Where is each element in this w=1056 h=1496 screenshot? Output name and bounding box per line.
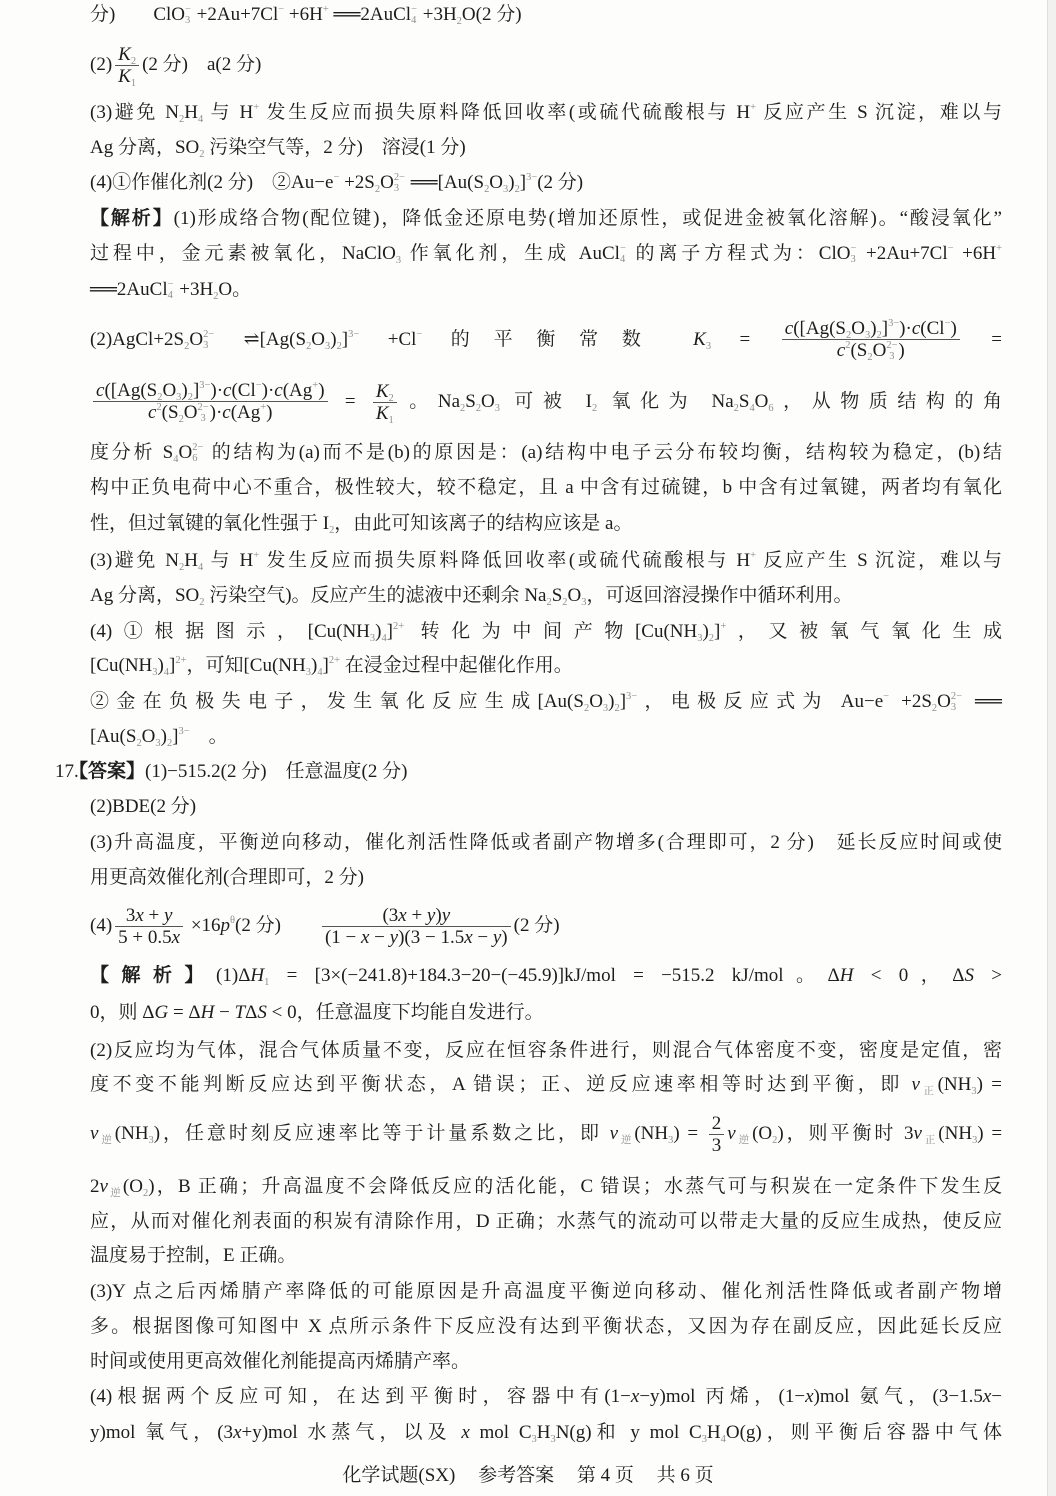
q17-analysis-line-5: v逆(NH3)，任意时刻反应速率比等于计量系数之比，即 v逆(NH3) = 23… [90, 1110, 1002, 1158]
q17-analysis-line-7: 应，从而对催化剂表面的积炭有清除作用，D 正确；水蒸气的流动可以带走大量的反应生… [90, 1210, 1002, 1234]
text-run: 。Na [400, 391, 460, 412]
text-run: + [144, 905, 164, 926]
text-run: ══2AuCl [90, 279, 168, 300]
text-run: ) [266, 402, 272, 423]
superscript: 2+ [175, 655, 186, 666]
q16-analysis-line-5: c([Ag(S2O3)2]3−)·c(Cl−)·c(Ag+)c2(S2O2−3)… [90, 378, 1002, 426]
text-run: 在浸金过程中起催化作用。 [340, 655, 573, 676]
text-run: (3)升高温度，平衡逆向移动，催化剂活性降低或者副产物增多(合理即可，2 分) … [90, 832, 1002, 853]
text-run: )(3 − 1.5 [398, 927, 464, 948]
text-run: 过程中，金元素被氧化，NaClO [90, 243, 396, 264]
text-run: S [739, 391, 750, 412]
text-run: ) [501, 927, 507, 948]
subscript: 逆 [98, 1135, 114, 1146]
text-run: − [369, 927, 389, 948]
subscript: 3 [203, 341, 214, 352]
charge-subscript-stack: 2−3 [198, 403, 209, 425]
text-run: 的离子方程式为：ClO [627, 243, 851, 264]
math-variable: c [222, 402, 230, 423]
text-run: + [407, 905, 427, 926]
section-label: 【解析】 [90, 965, 216, 986]
charge-subscript-stack: 2−6 [192, 443, 203, 465]
q16-analysis-line-4: (2)AgCl+2S2O2−3 ⇌[Ag(S2O3)2]3− +Cl− 的平衡常… [90, 316, 1002, 364]
text-run: O。 [218, 279, 251, 300]
text-run: > [974, 965, 1002, 986]
text-run: 性，但过氧键的氧化性强于 I [90, 513, 329, 534]
fraction: (3x + y)y(1 − x − y)(3 − 1.5x − y) [322, 905, 511, 948]
text-run: 温度易于控制，E 正确。 [90, 1245, 296, 1266]
text-run: − [473, 927, 493, 948]
subscript: 3 [850, 255, 856, 266]
text-run: ，可返回溶浸操作中循环利用。 [586, 585, 852, 606]
subscript: 4 [620, 255, 626, 266]
superscript: 3− [199, 381, 210, 392]
superscript: 3− [888, 319, 899, 330]
math-variable: H [201, 1002, 215, 1023]
text-run: O [311, 329, 325, 350]
q17-analysis-line-3: (2)反应均为气体，混合气体质量不变，反应在恒容条件进行，则混合气体密度不变，密… [90, 1039, 1002, 1063]
q16-analysis-line-6: 度分析 S4O2−6 的结构为(a)而不是(b)的原因是：(a)结构中电子云分布… [90, 441, 1002, 465]
text-run: O [755, 391, 769, 412]
text-run: O(2 分) [462, 4, 522, 25]
fraction: 3x + y5 + 0.5x [115, 905, 183, 948]
text-run: = [331, 391, 370, 412]
charge-subscript-stack: −4 [620, 244, 626, 266]
subscript: 3 [198, 414, 209, 425]
q16-answer-line-3: (3)避免 N2H4 与 H+ 发生反应而损失原料降低回收率(或硫代硫酸根与 H… [90, 101, 1002, 125]
charge-subscript-stack: 2−3 [951, 692, 962, 714]
text-run: (4) [90, 915, 112, 936]
math-variable: x [135, 905, 143, 926]
fraction: K2K1 [373, 381, 397, 424]
subscript: 正 [920, 1086, 938, 1097]
q17-answer-line-2: (2)BDE(2 分) [90, 795, 1002, 819]
text-run: S [552, 585, 563, 606]
fraction-numerator: (3x + y)y [322, 905, 511, 927]
q17-analysis-line-8: 温度易于控制，E 正确。 [90, 1244, 1002, 1268]
text-run: ([Ag(S [793, 318, 846, 339]
fraction: K2K1 [115, 44, 139, 87]
text-run: )，则平衡时 3 [777, 1123, 913, 1144]
text-run: (O [123, 1176, 143, 1197]
text-run: 用更高效催化剂(合理即可，2 分) [90, 867, 364, 888]
text-run: O [380, 172, 394, 193]
charge-subscript-stack: −3 [850, 244, 856, 266]
text-run: (1 − [325, 927, 361, 948]
text-run: (Cl [920, 318, 944, 339]
q16-answer-line-2: (2)K2K1(2 分) a(2 分) [90, 41, 1002, 89]
text-run: 应，从而对催化剂表面的积炭有清除作用，D 正确；水蒸气的流动可以带走大量的反应生… [90, 1211, 1002, 1232]
fraction-numerator: K2 [373, 381, 397, 403]
text-run: 作氧化剂，生成 AuCl [401, 243, 620, 264]
text-run: 氧化为 Na [597, 391, 733, 412]
math-variable: S [257, 1002, 267, 1023]
text-run: < 0，任意温度下均能自发进行。 [267, 1002, 544, 1023]
text-run: (1)Δ [216, 965, 250, 986]
text-run: +6H [284, 4, 323, 25]
text-run: ，由此可知该离子的结构应该是 a。 [334, 513, 632, 534]
text-run: O [851, 318, 865, 339]
text-run: Ag 分离，SO [90, 137, 199, 158]
math-variable: x [172, 927, 180, 948]
text-run: 分) ClO [90, 4, 185, 25]
text-run: 2 [712, 1113, 722, 1134]
text-run: O [142, 726, 156, 747]
page-edge-shadow [1047, 0, 1056, 1496]
math-variable: G [154, 1002, 168, 1023]
text-run: 发生反应而损失原料降低回收率(或硫代硫酸根与 H [259, 550, 750, 571]
subscript: 3 [951, 703, 962, 714]
text-run: 的平衡常数 [422, 329, 693, 350]
text-run: ) = [977, 1123, 1002, 1144]
text-run: (3)避免 N [90, 102, 179, 123]
text-run: O [873, 340, 887, 361]
q17-analysis-line-6: 2v逆(O2)，B 正确；升高温度不会降低反应的活化能，C 错误；水蒸气可与积炭… [90, 1175, 1002, 1199]
superscript: 3− [179, 726, 190, 737]
text-run: O [937, 691, 951, 712]
text-run: (2 分) [514, 915, 560, 936]
fraction-denominator: K1 [373, 403, 397, 424]
superscript: 3− [348, 329, 359, 340]
text-run: (2 分) [235, 915, 319, 936]
math-variable: y [164, 905, 172, 926]
text-run: ) = [673, 1123, 705, 1144]
text-run: H [537, 1422, 551, 1443]
text-run: 。 [190, 726, 228, 747]
math-variable: x [461, 1422, 469, 1443]
subscript: 正 [922, 1135, 938, 1146]
q16-analysis-line-9: (3)避免 N2H4 与 H+ 发生反应而损失原料降低回收率(或硫代硫酸根与 H… [90, 549, 1002, 573]
text-run: ) [898, 340, 904, 361]
math-variable: c [912, 318, 920, 339]
math-variable: K [118, 44, 131, 65]
text-run: Δ [245, 1002, 257, 1023]
text-run: (S [162, 402, 179, 423]
text-run: ([Ag(S [104, 380, 157, 401]
q16-analysis-line-13: ②金在负极失电子，发生氧化反应生成[Au(S2O3)2]3−，电极反应式为 Au… [90, 690, 1002, 714]
math-variable: H [840, 965, 854, 986]
fraction-numerator: 3x + y [115, 905, 183, 927]
superscript: 2− [192, 443, 203, 454]
subscript: 1 [131, 78, 136, 89]
math-variable: K [693, 329, 706, 350]
text-run: 0，则 Δ [90, 1002, 154, 1023]
text-run: S [465, 391, 476, 412]
text-run: O [189, 329, 203, 350]
text-run: (2)BDE(2 分) [90, 796, 196, 817]
math-variable: x [233, 1422, 241, 1443]
text-run: O [162, 380, 176, 401]
text-run: Ag 分离，SO [90, 585, 199, 606]
superscript: 3− [626, 691, 637, 702]
subscript: 3 [886, 352, 897, 363]
q16-answer-line-5: (4)①作催化剂(2 分) ②Au−e− +2S2O2−3 ══[Au(S2O3… [90, 171, 1002, 195]
text-run: ，可知[Cu(NH [186, 655, 305, 676]
text-run: O(g)，则平衡后容器中气体 [726, 1422, 1002, 1443]
superscript: 2− [951, 692, 962, 703]
page-footer: 化学试题(SX) 参考答案 第 4 页 共 6 页 [0, 1464, 1056, 1488]
text-run: (2) [90, 54, 112, 75]
subscript: 逆 [108, 1188, 123, 1199]
text-run: (2 分) [537, 172, 583, 193]
fraction: c([Ag(S2O3)2]3−)·c(Cl−)·c(Ag+)c2(S2O2−3)… [93, 380, 328, 425]
text-run: ②金在负极失电子，发生氧化反应生成[Au(S [90, 691, 584, 712]
charge-subscript-stack: 2−3 [886, 341, 897, 363]
math-variable: x [805, 1386, 813, 1407]
text-run: (S [850, 340, 867, 361]
subscript: 4 [168, 291, 174, 302]
subscript: 3 [394, 184, 405, 195]
footer-total-pages: 共 6 页 [657, 1465, 714, 1486]
math-variable: y [442, 905, 450, 926]
text-run: = Δ [168, 1002, 200, 1023]
q16-analysis-line-7: 构中正负电荷中心不重合，极性较大，较不稳定，且 a 中含有过硫键，b 中含有过氧… [90, 476, 1002, 500]
text-run: (4)根据两个反应可知，在达到平衡时，容器中有(1− [90, 1386, 631, 1407]
text-run: O [184, 402, 198, 423]
text-run: ) [950, 318, 956, 339]
text-run: O [481, 391, 495, 412]
text-run: H [184, 102, 198, 123]
text-run: 反应产生 S 沉淀，难以与 [756, 102, 1002, 123]
superscript: 2+ [393, 621, 404, 632]
text-run: +3H [175, 279, 214, 300]
text-run: 转化为中间产物[Cu(NH [404, 621, 697, 642]
fraction-denominator: 3 [709, 1135, 725, 1156]
subscript: 3 [185, 16, 191, 27]
text-run: )，任意时刻反应速率比等于计量系数之比，即 [154, 1123, 610, 1144]
text-run: )，B 正确；升高温度不会降低反应的活化能，C 错误；水蒸气可与积炭在一定条件下… [148, 1176, 1002, 1197]
q17-analysis-line-2: 0，则 ΔG = ΔH − TΔS < 0，任意温度下均能自发进行。 [90, 1001, 1002, 1025]
text-run: (2)AgCl+2S [90, 329, 184, 350]
text-run: 与 H [203, 102, 253, 123]
section-label: 【解析】 [90, 208, 174, 229]
text-run: 污染空气)。反应产生的滤液中还剩余 Na [204, 585, 546, 606]
text-run: 3 [712, 1135, 722, 1156]
text-run: (3)Y 点之后丙烯腈产率降低的可能原因是升高温度平衡逆向移动、催化剂活性降低或… [90, 1281, 1002, 1302]
text-run: mol C [470, 1422, 532, 1443]
math-variable: x [398, 905, 406, 926]
text-run: ══ [963, 691, 1002, 712]
math-variable: v [100, 1176, 108, 1197]
subscript: 6 [192, 454, 203, 465]
text-run: (NH [634, 1123, 668, 1144]
q17-analysis-line-9: (3)Y 点之后丙烯腈产率降低的可能原因是升高温度平衡逆向移动、催化剂活性降低或… [90, 1280, 1002, 1304]
text-run: ，电极反应式为 Au−e [637, 691, 883, 712]
text-run: O [489, 172, 503, 193]
footer-subject: 化学试题(SX) [342, 1465, 455, 1486]
footer-page-number: 第 4 页 [577, 1465, 634, 1486]
superscript: − [185, 5, 191, 16]
math-variable: v [727, 1123, 735, 1144]
fraction-numerator: K2 [115, 44, 139, 66]
subscript: 逆 [736, 1135, 752, 1146]
text-run: )· [899, 318, 912, 339]
charge-subscript-stack: −4 [411, 5, 417, 27]
q16-analysis-line-2: 过程中，金元素被氧化，NaClO3 作氧化剂，生成 AuCl−4 的离子方程式为… [90, 242, 1002, 266]
math-variable: v [914, 1123, 922, 1144]
text-run: 与 H [203, 550, 253, 571]
superscript: 3− [526, 172, 537, 183]
footer-doc-type: 参考答案 [478, 1465, 554, 1486]
text-run: (1)形成络合物(配位键)，降低金还原电势(增加还原性，或促进金被氧化溶解)。“… [174, 208, 1002, 229]
fraction-denominator: c2(S2O2−3)·c(Ag+) [93, 402, 328, 425]
math-variable: K [118, 66, 131, 87]
text-run: ) = [977, 1074, 1002, 1095]
text-run: (Ag [283, 380, 313, 401]
q16-answer-line-1: 分) ClO−3 +2Au+7Cl− +6H+ ══2AuCl−4 +3H2O(… [90, 3, 1002, 27]
text-run: 多。根据图像可知图中 X 点所示条件下反应没有达到平衡状态，又因为存在副反应，因… [90, 1316, 1002, 1337]
q16-analysis-line-10: Ag 分离，SO2 污染空气)。反应产生的滤液中还剩余 Na2S2O3，可返回溶… [90, 584, 1002, 608]
q16-analysis-line-12: [Cu(NH3)4]2+，可知[Cu(NH3)4]2+ 在浸金过程中起催化作用。 [90, 654, 1002, 678]
text-run: +2Au+7Cl [192, 4, 278, 25]
fraction: 23 [709, 1113, 725, 1156]
q17-answer-line-1: 【答案】(1)−515.2(2 分) 任意温度(2 分) [69, 760, 1002, 784]
text-run: 的结构为(a)而不是(b)的原因是：(a)结构中电子云分布较均衡，结构较为稳定，… [204, 442, 1002, 463]
superscript: − [168, 280, 174, 291]
text-run: ══[Au(S [406, 172, 484, 193]
q17-answer-line-5: (4)3x + y5 + 0.5x ×16pθ(2 分) (3x + y)y(1… [90, 902, 1002, 950]
text-run: +2S [889, 691, 932, 712]
charge-subscript-stack: 2−3 [394, 173, 405, 195]
text-run: )· [210, 380, 223, 401]
q16-answer-line-4: Ag 分离，SO2 污染空气等，2 分) 溶浸(1 分) [90, 136, 1002, 160]
text-run: y)mol 氧气，(3 [90, 1422, 233, 1443]
text-run: 3 [126, 905, 136, 926]
text-run: [Cu(NH [90, 655, 152, 676]
charge-subscript-stack: −4 [168, 280, 174, 302]
math-variable: c [274, 380, 282, 401]
math-variable: v [911, 1074, 919, 1095]
text-run: [Au(S [90, 726, 136, 747]
text-run: +6H [954, 243, 997, 264]
text-run: (2)反应均为气体，混合气体质量不变，反应在恒容条件进行，则混合气体密度不变，密… [90, 1040, 1002, 1061]
q17-analysis-line-11: 时间或使用更高效催化剂能提高丙烯腈产率。 [90, 1350, 1002, 1374]
text-run: (3 [382, 905, 398, 926]
text-run: (Ag [231, 402, 261, 423]
superscript: + [996, 243, 1002, 254]
text-run: )mol 氨气，(3−1.5 [814, 1386, 983, 1407]
fraction-numerator: c([Ag(S2O3)2]3−)·c(Cl−)·c(Ag+) [93, 380, 328, 402]
text-run: 发生反应而损失原料降低回收率(或硫代硫酸根与 H [259, 102, 750, 123]
text-run: (1)−515.2(2 分) 任意温度(2 分) [145, 761, 407, 782]
fraction: c([Ag(S2O3)2]3−)·c(Cl−)c2(S2O2−3) [782, 318, 960, 363]
fraction-denominator: (1 − x − y)(3 − 1.5x − y) [322, 927, 511, 948]
math-variable: x [464, 927, 472, 948]
math-variable: c [785, 318, 793, 339]
text-run: O [178, 442, 192, 463]
text-run: 污染空气等，2 分) 溶浸(1 分) [204, 137, 465, 158]
text-run: (4)①作催化剂(2 分) ②Au−e [90, 172, 333, 193]
superscript: 2− [203, 330, 214, 341]
text-run: = [711, 329, 779, 350]
text-run: H [707, 1422, 721, 1443]
text-run: < 0，Δ [854, 965, 965, 986]
superscript: − [411, 5, 417, 16]
q17-answer-line-4: 用更高效催化剂(合理即可，2 分) [90, 866, 1002, 890]
section-label: 【答案】 [69, 761, 145, 782]
subscript: 逆 [618, 1135, 634, 1146]
q16-analysis-line-3: ══2AuCl−4 +3H2O。 [90, 278, 1002, 302]
text-run: 度分析 S [90, 442, 173, 463]
math-variable: S [965, 965, 975, 986]
text-run: 度不变不能判断反应达到平衡状态，A 错误；正、逆反应速率相等时达到平衡，即 [90, 1074, 911, 1095]
subscript: 1 [389, 415, 394, 426]
charge-subscript-stack: −3 [185, 5, 191, 27]
text-run: ══2AuCl [329, 4, 411, 25]
q17-analysis-line-10: 多。根据图像可知图中 X 点所示条件下反应没有达到平衡状态，又因为存在副反应，因… [90, 1315, 1002, 1339]
superscript: − [850, 244, 856, 255]
fraction-numerator: 2 [709, 1113, 725, 1135]
subscript: 4 [411, 16, 417, 27]
math-variable: H [250, 965, 264, 986]
q17-analysis-line-12: (4)根据两个反应可知，在达到平衡时，容器中有(1−x−y)mol 丙烯，(1−… [90, 1385, 1002, 1409]
math-variable: T [235, 1002, 246, 1023]
text-run: = [963, 329, 1002, 350]
superscript: 2− [394, 173, 405, 184]
math-variable: K [376, 381, 389, 402]
superscript: 2+ [329, 655, 340, 666]
text-run: 构中正负电荷中心不重合，极性较大，较不稳定，且 a 中含有过硫键，b 中含有过氧… [90, 477, 1002, 498]
text-run: ) [318, 380, 324, 401]
math-variable: x [983, 1386, 991, 1407]
text-run: = [3×(−241.8)+184.3−20−(−45.9)]kJ/mol = … [269, 965, 839, 986]
math-variable: p [221, 915, 231, 936]
math-variable: K [376, 403, 389, 424]
text-run: (NH [938, 1123, 972, 1144]
text-run: (4)①根据图示，[Cu(NH [90, 621, 370, 642]
superscript: − [620, 244, 626, 255]
text-run: +2S [339, 172, 375, 193]
text-run: N(g)和 y mol C [556, 1422, 702, 1443]
text-run: )· [210, 402, 223, 423]
text-run: 可被 I [500, 391, 592, 412]
q17-answer-line-3: (3)升高温度，平衡逆向移动，催化剂活性降低或者副产物增多(合理即可，2 分) … [90, 831, 1002, 855]
text-run: +y)mol 水蒸气，以及 [242, 1422, 462, 1443]
text-run: O [589, 691, 603, 712]
fraction-denominator: 5 + 0.5x [115, 927, 183, 948]
text-run: 2 [90, 1176, 100, 1197]
math-variable: c [837, 340, 845, 361]
text-run: +2Au+7Cl [857, 243, 947, 264]
text-run: 5 + 0.5 [118, 927, 171, 948]
text-run: ×16 [186, 915, 220, 936]
text-run: +Cl [359, 329, 416, 350]
text-run: (Cl [231, 380, 255, 401]
text-run: O [567, 585, 581, 606]
text-run: H [184, 550, 198, 571]
text-run: (NH [938, 1074, 972, 1095]
text-run: 反应产生 S 沉淀，难以与 [756, 550, 1002, 571]
text-run: +3H [418, 4, 457, 25]
q16-analysis-line-1: 【解析】(1)形成络合物(配位键)，降低金还原电势(增加还原性，或促进金被氧化溶… [90, 207, 1002, 231]
text-run: (NH [115, 1123, 149, 1144]
math-variable: v [610, 1123, 618, 1144]
text-run: ，又被氧气氧化生成 [726, 621, 1002, 642]
q17-analysis-line-1: 【解析】(1)ΔH1 = [3×(−241.8)+184.3−20−(−45.9… [90, 964, 1002, 988]
text-run: 时间或使用更高效催化剂能提高丙烯腈产率。 [90, 1351, 470, 1372]
answer-key-page: 分) ClO−3 +2Au+7Cl− +6H+ ══2AuCl−4 +3H2O(… [0, 0, 1056, 1496]
text-run: (3)避免 N [90, 550, 179, 571]
q17-analysis-line-13: y)mol 氧气，(3x+y)mol 水蒸气，以及 x mol C3H3N(g)… [90, 1421, 1002, 1445]
text-run: −y)mol 丙烯，(1− [639, 1386, 805, 1407]
fraction-denominator: K1 [115, 66, 139, 87]
text-run: (O [752, 1123, 772, 1144]
text-run: )· [262, 380, 275, 401]
fraction-denominator: c2(S2O2−3) [782, 340, 960, 363]
q17-analysis-line-4: 度不变不能判断反应达到平衡状态，A 错误；正、逆反应速率相等时达到平衡，即 v正… [90, 1073, 1002, 1097]
q16-analysis-line-8: 性，但过氧键的氧化性强于 I2，由此可知该离子的结构应该是 a。 [90, 512, 1002, 536]
math-variable: y [390, 927, 398, 948]
